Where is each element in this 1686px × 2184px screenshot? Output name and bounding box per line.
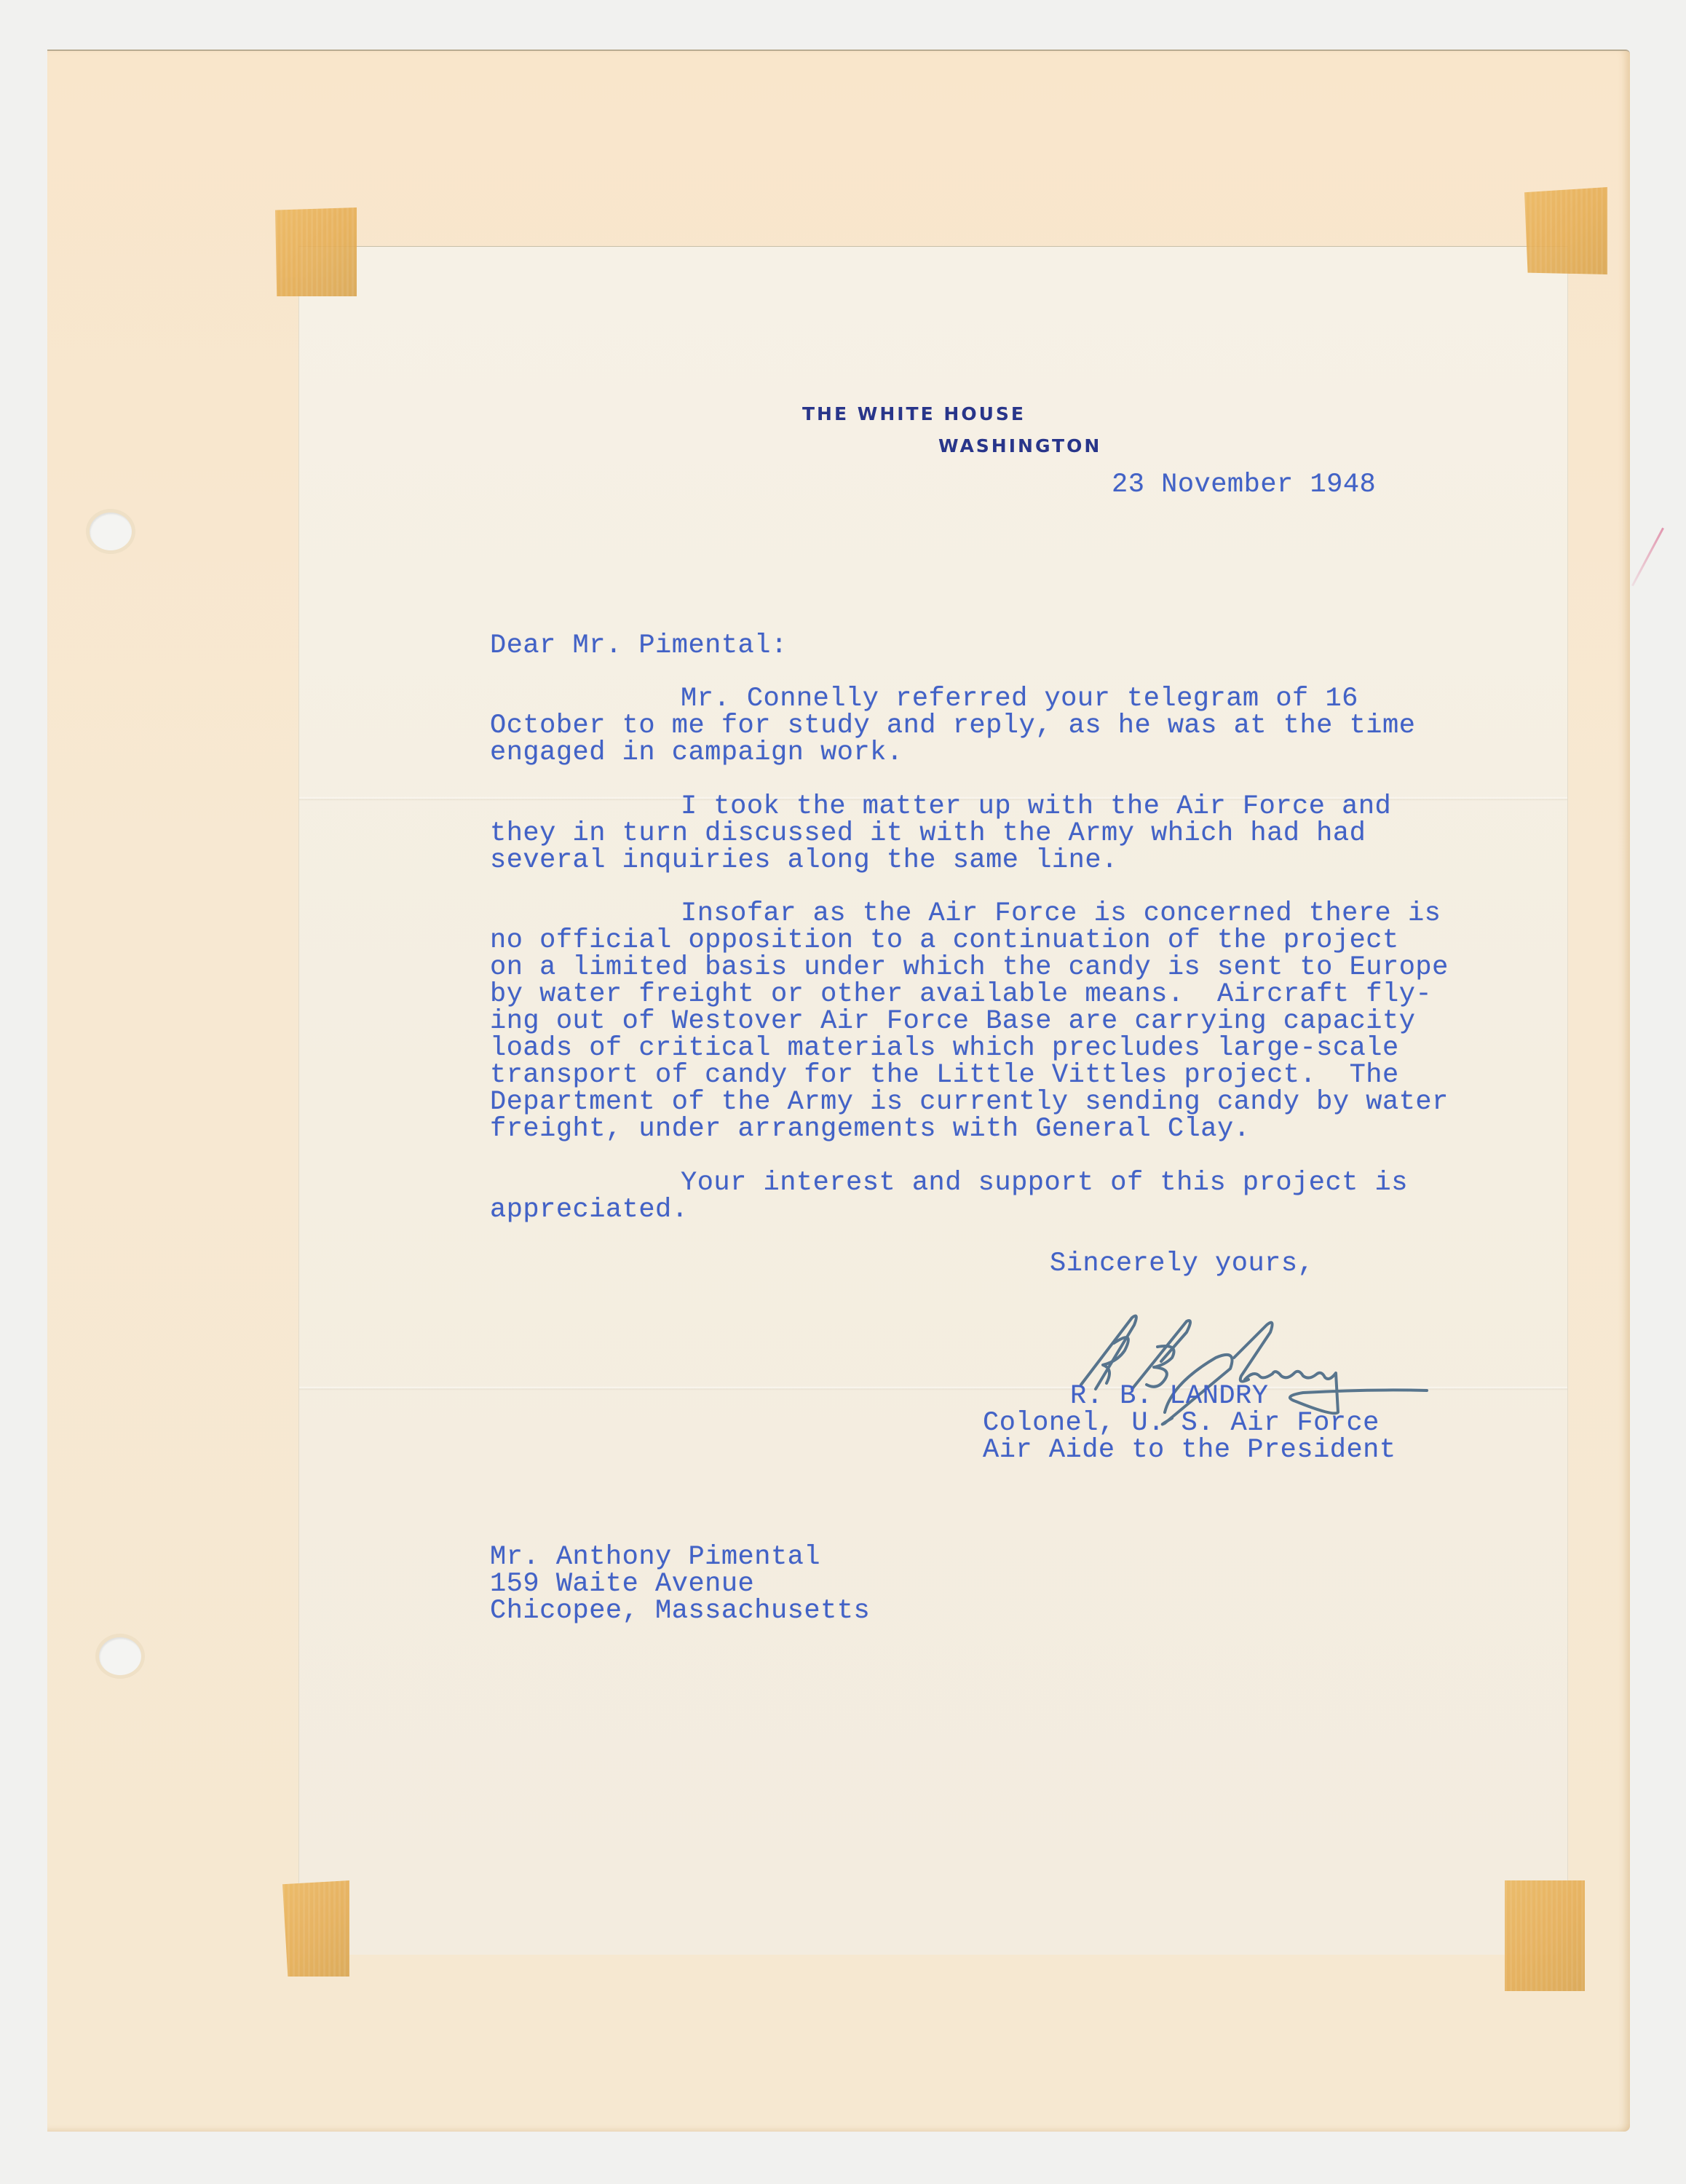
tape-top-right bbox=[1524, 187, 1607, 274]
body-line: Your interest and support of this projec… bbox=[681, 1170, 1408, 1197]
body-line: ing out of Westover Air Force Base are c… bbox=[490, 1008, 1415, 1035]
tape-top-left bbox=[275, 207, 357, 296]
closing: Sincerely yours, bbox=[1050, 1251, 1314, 1278]
body-line: freight, under arrangements with General… bbox=[490, 1116, 1250, 1143]
body-line: no official opposition to a continuation… bbox=[490, 927, 1399, 954]
recipient-name: Mr. Anthony Pimental bbox=[490, 1544, 820, 1571]
typed-signatory-name: R. B. LANDRY bbox=[1070, 1383, 1268, 1410]
recipient-city: Chicopee, Massachusetts bbox=[490, 1598, 870, 1625]
body-line: I took the matter up with the Air Force … bbox=[681, 794, 1391, 820]
tape-bottom-left bbox=[282, 1880, 349, 1977]
punch-hole-bottom bbox=[99, 1637, 141, 1675]
body-line: Mr. Connelly referred your telegram of 1… bbox=[681, 686, 1358, 713]
body-line: engaged in campaign work. bbox=[490, 740, 903, 767]
salutation: Dear Mr. Pimental: bbox=[490, 633, 788, 660]
letterhead-city: WASHINGTON bbox=[938, 435, 1101, 456]
letterhead-title: THE WHITE HOUSE bbox=[802, 403, 1026, 424]
body-line: by water freight or other available mean… bbox=[490, 981, 1432, 1008]
signatory-title: Colonel, U. S. Air Force bbox=[983, 1410, 1380, 1437]
body-line: they in turn discussed it with the Army … bbox=[490, 820, 1366, 847]
body-line: October to me for study and reply, as he… bbox=[490, 713, 1415, 740]
letter-date: 23 November 1948 bbox=[1112, 472, 1376, 499]
body-line: transport of candy for the Little Vittle… bbox=[490, 1062, 1399, 1089]
body-line: appreciated. bbox=[490, 1197, 688, 1224]
body-line: Department of the Army is currently send… bbox=[490, 1089, 1449, 1116]
signatory-position: Air Aide to the President bbox=[983, 1437, 1396, 1464]
body-line: loads of critical materials which preclu… bbox=[490, 1035, 1399, 1062]
punch-hole-top bbox=[90, 513, 132, 550]
body-line: on a limited basis under which the candy… bbox=[490, 954, 1449, 981]
body-line: several inquiries along the same line. bbox=[490, 847, 1118, 874]
stray-ink-mark bbox=[1631, 528, 1664, 587]
body-line: Insofar as the Air Force is concerned th… bbox=[681, 901, 1441, 927]
tape-bottom-right bbox=[1505, 1880, 1585, 1991]
recipient-street: 159 Waite Avenue bbox=[490, 1571, 754, 1598]
